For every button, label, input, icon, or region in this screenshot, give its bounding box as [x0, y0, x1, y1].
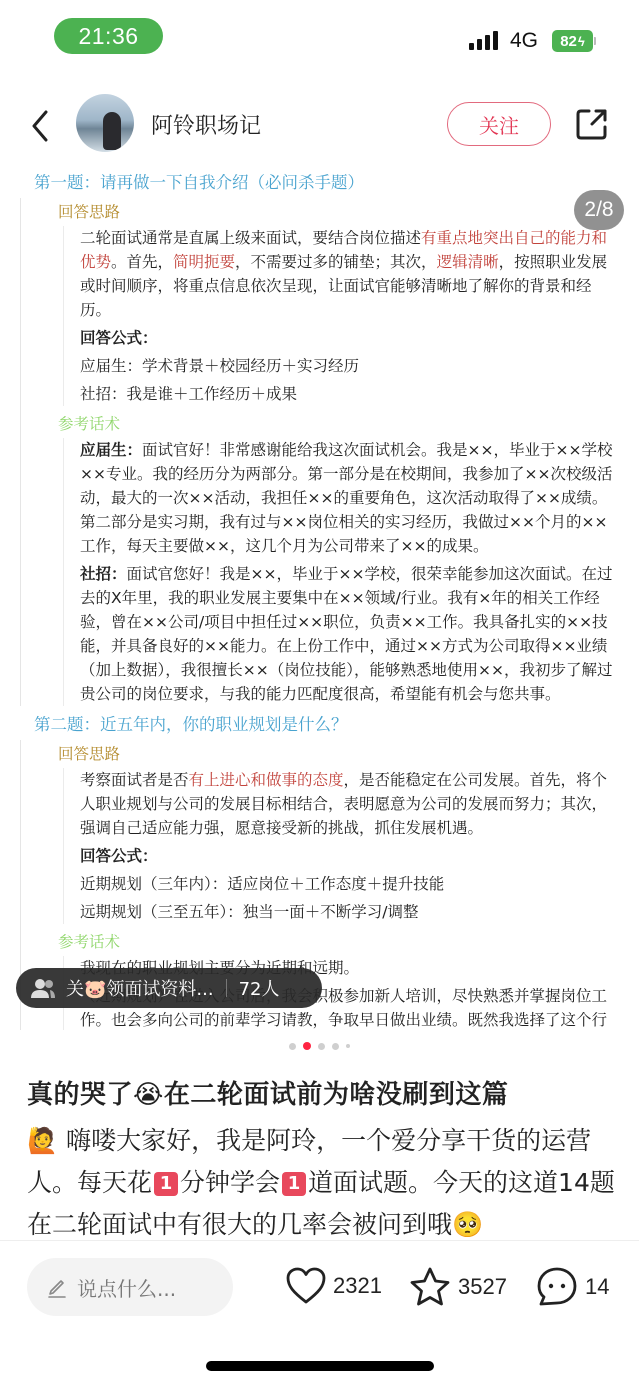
carousel-dots [0, 1042, 639, 1050]
post-body: 🙋 嗨喽大家好，我是阿玲，一个爱分享干货的运营人。每天花1分钟学会1道面试题。今… [27, 1120, 617, 1246]
battery-tip [594, 37, 596, 45]
q2-reference-heading: 参考话术 [21, 928, 639, 956]
q1-reference-heading: 参考话术 [21, 410, 639, 438]
like-count: 2321 [333, 1273, 382, 1299]
carousel-dot[interactable] [318, 1043, 325, 1050]
comment-bubble-icon [535, 1266, 579, 1308]
q2-formula-line: 远期规划（三至五年）：独当一面＋不断学习/调整 [80, 900, 619, 924]
q1-approach-heading: 回答思路 [21, 198, 639, 226]
network-type: 4G [510, 29, 538, 53]
group-chat-name: 关🐷领面试资料... [66, 975, 214, 1001]
divider [0, 1240, 639, 1241]
question-1-title: 第一题：请再做一下自我介绍（必问杀手题） [0, 168, 639, 198]
charging-icon: ϟ [578, 34, 585, 49]
blushing-emoji-icon: 🥺 [452, 1210, 483, 1239]
q1-reference-block: 应届生：面试官好！非常感谢能给我这次面试机会。我是××，毕业于××学校××专业。… [63, 438, 639, 706]
q1-formula-line: 社招：我是谁＋工作经历＋成果 [80, 382, 619, 406]
status-time: 21:36 [54, 18, 163, 54]
q1-approach-block: 二轮面试通常是直属上级来面试，要结合岗位描述有重点地突出自己的能力和优势。首先，… [63, 226, 639, 406]
collect-count: 3527 [458, 1274, 507, 1300]
battery-icon: 82ϟ [552, 30, 593, 52]
question-1-section: 回答思路 二轮面试通常是直属上级来面试，要结合岗位描述有重点地突出自己的能力和优… [20, 198, 639, 706]
crying-emoji-icon: 😭 [133, 1080, 164, 1110]
heart-icon [285, 1266, 327, 1306]
q1-reference-experienced: 社招：面试官您好！我是××，毕业于××学校，很荣幸能参加这次面试。在过去的X年里… [80, 562, 619, 706]
post-title: 真的哭了😭在二轮面试前为啥没刷到这篇 [27, 1074, 508, 1111]
home-indicator[interactable] [206, 1361, 434, 1371]
carousel-dot-active[interactable] [303, 1042, 311, 1050]
carousel-dot[interactable] [289, 1043, 296, 1050]
chevron-left-icon[interactable] [26, 106, 56, 146]
star-icon [408, 1266, 452, 1308]
share-icon[interactable] [575, 107, 609, 141]
group-member-count: 72人 [239, 975, 280, 1001]
bottom-action-bar: 说点什么... 2321 3527 14 [0, 1258, 639, 1318]
carousel-dot[interactable] [346, 1044, 350, 1048]
avatar[interactable] [76, 94, 134, 152]
q1-formula-label: 回答公式： [80, 326, 619, 350]
q2-formula-line: 近期规划（三年内）：适应岗位＋工作态度＋提升技能 [80, 872, 619, 896]
q2-approach-heading: 回答思路 [21, 740, 639, 768]
q1-reference-graduate: 应届生：面试官好！非常感谢能给我这次面试机会。我是××，毕业于××学校××专业。… [80, 438, 619, 558]
pencil-icon [47, 1276, 67, 1298]
collect-button[interactable]: 3527 [408, 1266, 507, 1308]
carousel-dot[interactable] [332, 1043, 339, 1050]
battery-level: 82 [560, 33, 577, 50]
like-button[interactable]: 2321 [285, 1266, 382, 1306]
page-indicator: 2/8 [574, 190, 624, 230]
comment-count: 14 [585, 1274, 609, 1300]
q1-approach-text: 二轮面试通常是直属上级来面试，要结合岗位描述有重点地突出自己的能力和优势。首先，… [80, 226, 619, 322]
group-icon [30, 977, 56, 999]
post-header: 阿铃职场记 关注 [0, 90, 639, 160]
signal-icon [469, 30, 498, 50]
q2-approach-block: 考察面试者是否有上进心和做事的态度，是否能稳定在公司发展。首先，将个人职业规划与… [63, 768, 639, 924]
q2-approach-text: 考察面试者是否有上进心和做事的态度，是否能稳定在公司发展。首先，将个人职业规划与… [80, 768, 619, 840]
question-2-title: 第二题：近五年内，你的职业规划是什么？ [0, 710, 639, 740]
author-name[interactable]: 阿铃职场记 [151, 109, 261, 140]
divider [226, 979, 227, 997]
image-carousel[interactable]: 第一题：请再做一下自我介绍（必问杀手题） 回答思路 二轮面试通常是直属上级来面试… [0, 168, 639, 1030]
q1-formula-line: 应届生：学术背景＋校园经历＋实习经历 [80, 354, 619, 378]
comment-button[interactable]: 14 [535, 1266, 609, 1308]
follow-button[interactable]: 关注 [447, 102, 551, 146]
comment-input[interactable]: 说点什么... [27, 1258, 233, 1316]
comment-placeholder: 说点什么... [77, 1273, 176, 1302]
raising-hand-emoji-icon: 🙋 [27, 1126, 58, 1155]
status-bar: 21:36 4G 82ϟ [0, 0, 639, 80]
keycap-one-icon: 1 [154, 1172, 178, 1196]
group-chat-pill[interactable]: 关🐷领面试资料... 72人 [16, 968, 322, 1008]
keycap-one-icon: 1 [282, 1172, 306, 1196]
q2-formula-label: 回答公式： [80, 844, 619, 868]
